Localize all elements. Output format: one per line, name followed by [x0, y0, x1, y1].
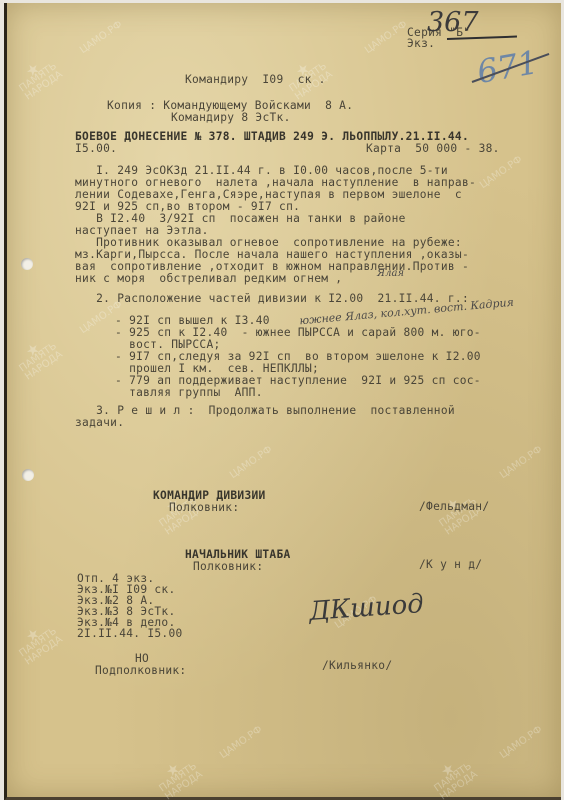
ho-rank: Подполковник: [95, 664, 186, 677]
watermark-archive: ЦАМО.РФ [229, 445, 275, 481]
copy-addressee-2: Командиру 8 ЭсТк. [171, 111, 291, 124]
watermark-project: ★ПАМЯТЬ НАРОДА [12, 333, 64, 382]
report-time: I5.00. [75, 142, 117, 155]
watermark-archive: ЦАМО.РФ [219, 725, 265, 761]
paragraph-2-line: ник с моря обстреливал редким огнем , [75, 272, 342, 285]
watermark-archive: ЦАМО.РФ [499, 445, 545, 481]
watermark-project: ★ПАМЯТЬ НАРОДА [432, 488, 484, 537]
watermark-project: ★ПАМЯТЬ НАРОДА [12, 53, 64, 102]
watermark-project: ★ПАМЯТЬ НАРОДА [427, 753, 479, 800]
ho-name: /Кильянко/ [322, 659, 392, 672]
chief-of-staff-rank: Полковник: [193, 560, 263, 573]
punch-hole [21, 258, 33, 270]
punch-hole [22, 469, 34, 481]
document-page: ЦАМО.РФ ЦАМО.РФ ЦАМО.РФ ЦАМО.РФ ЦАМО.РФ … [4, 3, 561, 800]
watermark-archive: ЦАМО.РФ [499, 725, 545, 761]
chief-of-staff-name: /К у н д/ [419, 558, 482, 571]
watermark-project: ★ПАМЯТЬ НАРОДА [12, 618, 64, 667]
positions-heading: 2. Расположение частей дивизии к I2.00 2… [75, 292, 469, 305]
positions-item: тавляя группы АПП. [115, 386, 263, 399]
watermark-archive: ЦАМО.РФ [79, 20, 125, 56]
map-reference: Карта 50 000 - 38. [366, 142, 500, 155]
pencil-archive-number: 367 [427, 7, 479, 38]
decision-line: 3. Р е ш и л : Продолжать выполнение пос… [75, 404, 455, 417]
addressee: Командиру I09 ск . [185, 73, 326, 86]
watermark-archive: ЦАМО.РФ [364, 20, 410, 56]
copy-label: Экз. [407, 37, 435, 50]
decision-line: задачи. [75, 416, 124, 429]
commander-name: /Фельдман/ [419, 500, 489, 513]
watermark-archive: ЦАМО.РФ [479, 155, 525, 191]
handwritten-signature: ДКшиод [308, 589, 425, 627]
handwritten-note-2: Ялая [377, 268, 404, 279]
commander-rank: Полковник: [169, 501, 239, 514]
watermark-project: ★ПАМЯТЬ НАРОДА [152, 753, 204, 800]
distribution-line: 2I.II.44. I5.00 [77, 627, 183, 640]
